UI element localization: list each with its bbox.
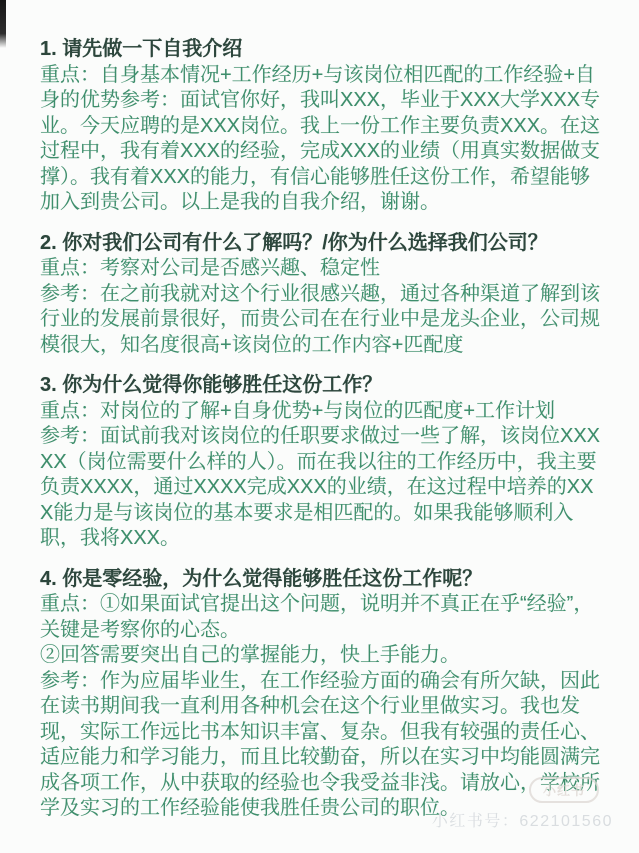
qa-section-3: 3. 你为什么觉得你能够胜任这份工作？ 重点：对岗位的了解+自身优势+与岗位的匹… bbox=[40, 373, 605, 552]
answer-text: 参考：作为应届毕业生，在工作经验方面的确会有所欠缺，因此在读书期间我一直利用各种… bbox=[40, 669, 605, 822]
answer-text: 重点：自身基本情况+工作经历+与该岗位相匹配的工作经验+自身的优势参考：面试官你… bbox=[40, 63, 605, 216]
qa-section-2: 2. 你对我们公司有什么了解吗？/你为什么选择我们公司？ 重点：考察对公司是否感… bbox=[40, 231, 605, 359]
qa-section-4: 4. 你是零经验，为什么觉得能够胜任这份工作呢？ 重点：①如果面试官提出这个问题… bbox=[40, 567, 605, 822]
qa-section-1: 1. 请先做一下自我介绍 重点：自身基本情况+工作经历+与该岗位相匹配的工作经验… bbox=[40, 37, 605, 216]
question-title: 1. 请先做一下自我介绍 bbox=[40, 37, 605, 63]
question-title: 4. 你是零经验，为什么觉得能够胜任这份工作呢？ bbox=[40, 567, 605, 593]
question-title: 3. 你为什么觉得你能够胜任这份工作？ bbox=[40, 373, 605, 399]
question-title: 2. 你对我们公司有什么了解吗？/你为什么选择我们公司？ bbox=[40, 231, 605, 257]
answer-text: 参考：在之前我就对这个行业很感兴趣，通过各种渠道了解到该行业的发展前景很好，而贵… bbox=[40, 282, 605, 359]
answer-text: 参考：面试前我对该岗位的任职要求做过一些了解，该岗位XXXXX（岗位需要什么样的… bbox=[40, 424, 605, 552]
interview-qa-sheet: 1. 请先做一下自我介绍 重点：自身基本情况+工作经历+与该岗位相匹配的工作经验… bbox=[0, 0, 639, 853]
answer-text: 重点：考察对公司是否感兴趣、稳定性 bbox=[40, 256, 605, 282]
answer-text: 重点：①如果面试官提出这个问题，说明并不真正在乎“经验”，关键是考察你的心态。 bbox=[40, 592, 605, 643]
answer-text: ②回答需要突出自己的掌握能力，快上手能力。 bbox=[40, 643, 605, 669]
answer-text: 重点：对岗位的了解+自身优势+与岗位的匹配度+工作计划 bbox=[40, 399, 605, 425]
qa-list: 1. 请先做一下自我介绍 重点：自身基本情况+工作经历+与该岗位相匹配的工作经验… bbox=[0, 0, 639, 822]
